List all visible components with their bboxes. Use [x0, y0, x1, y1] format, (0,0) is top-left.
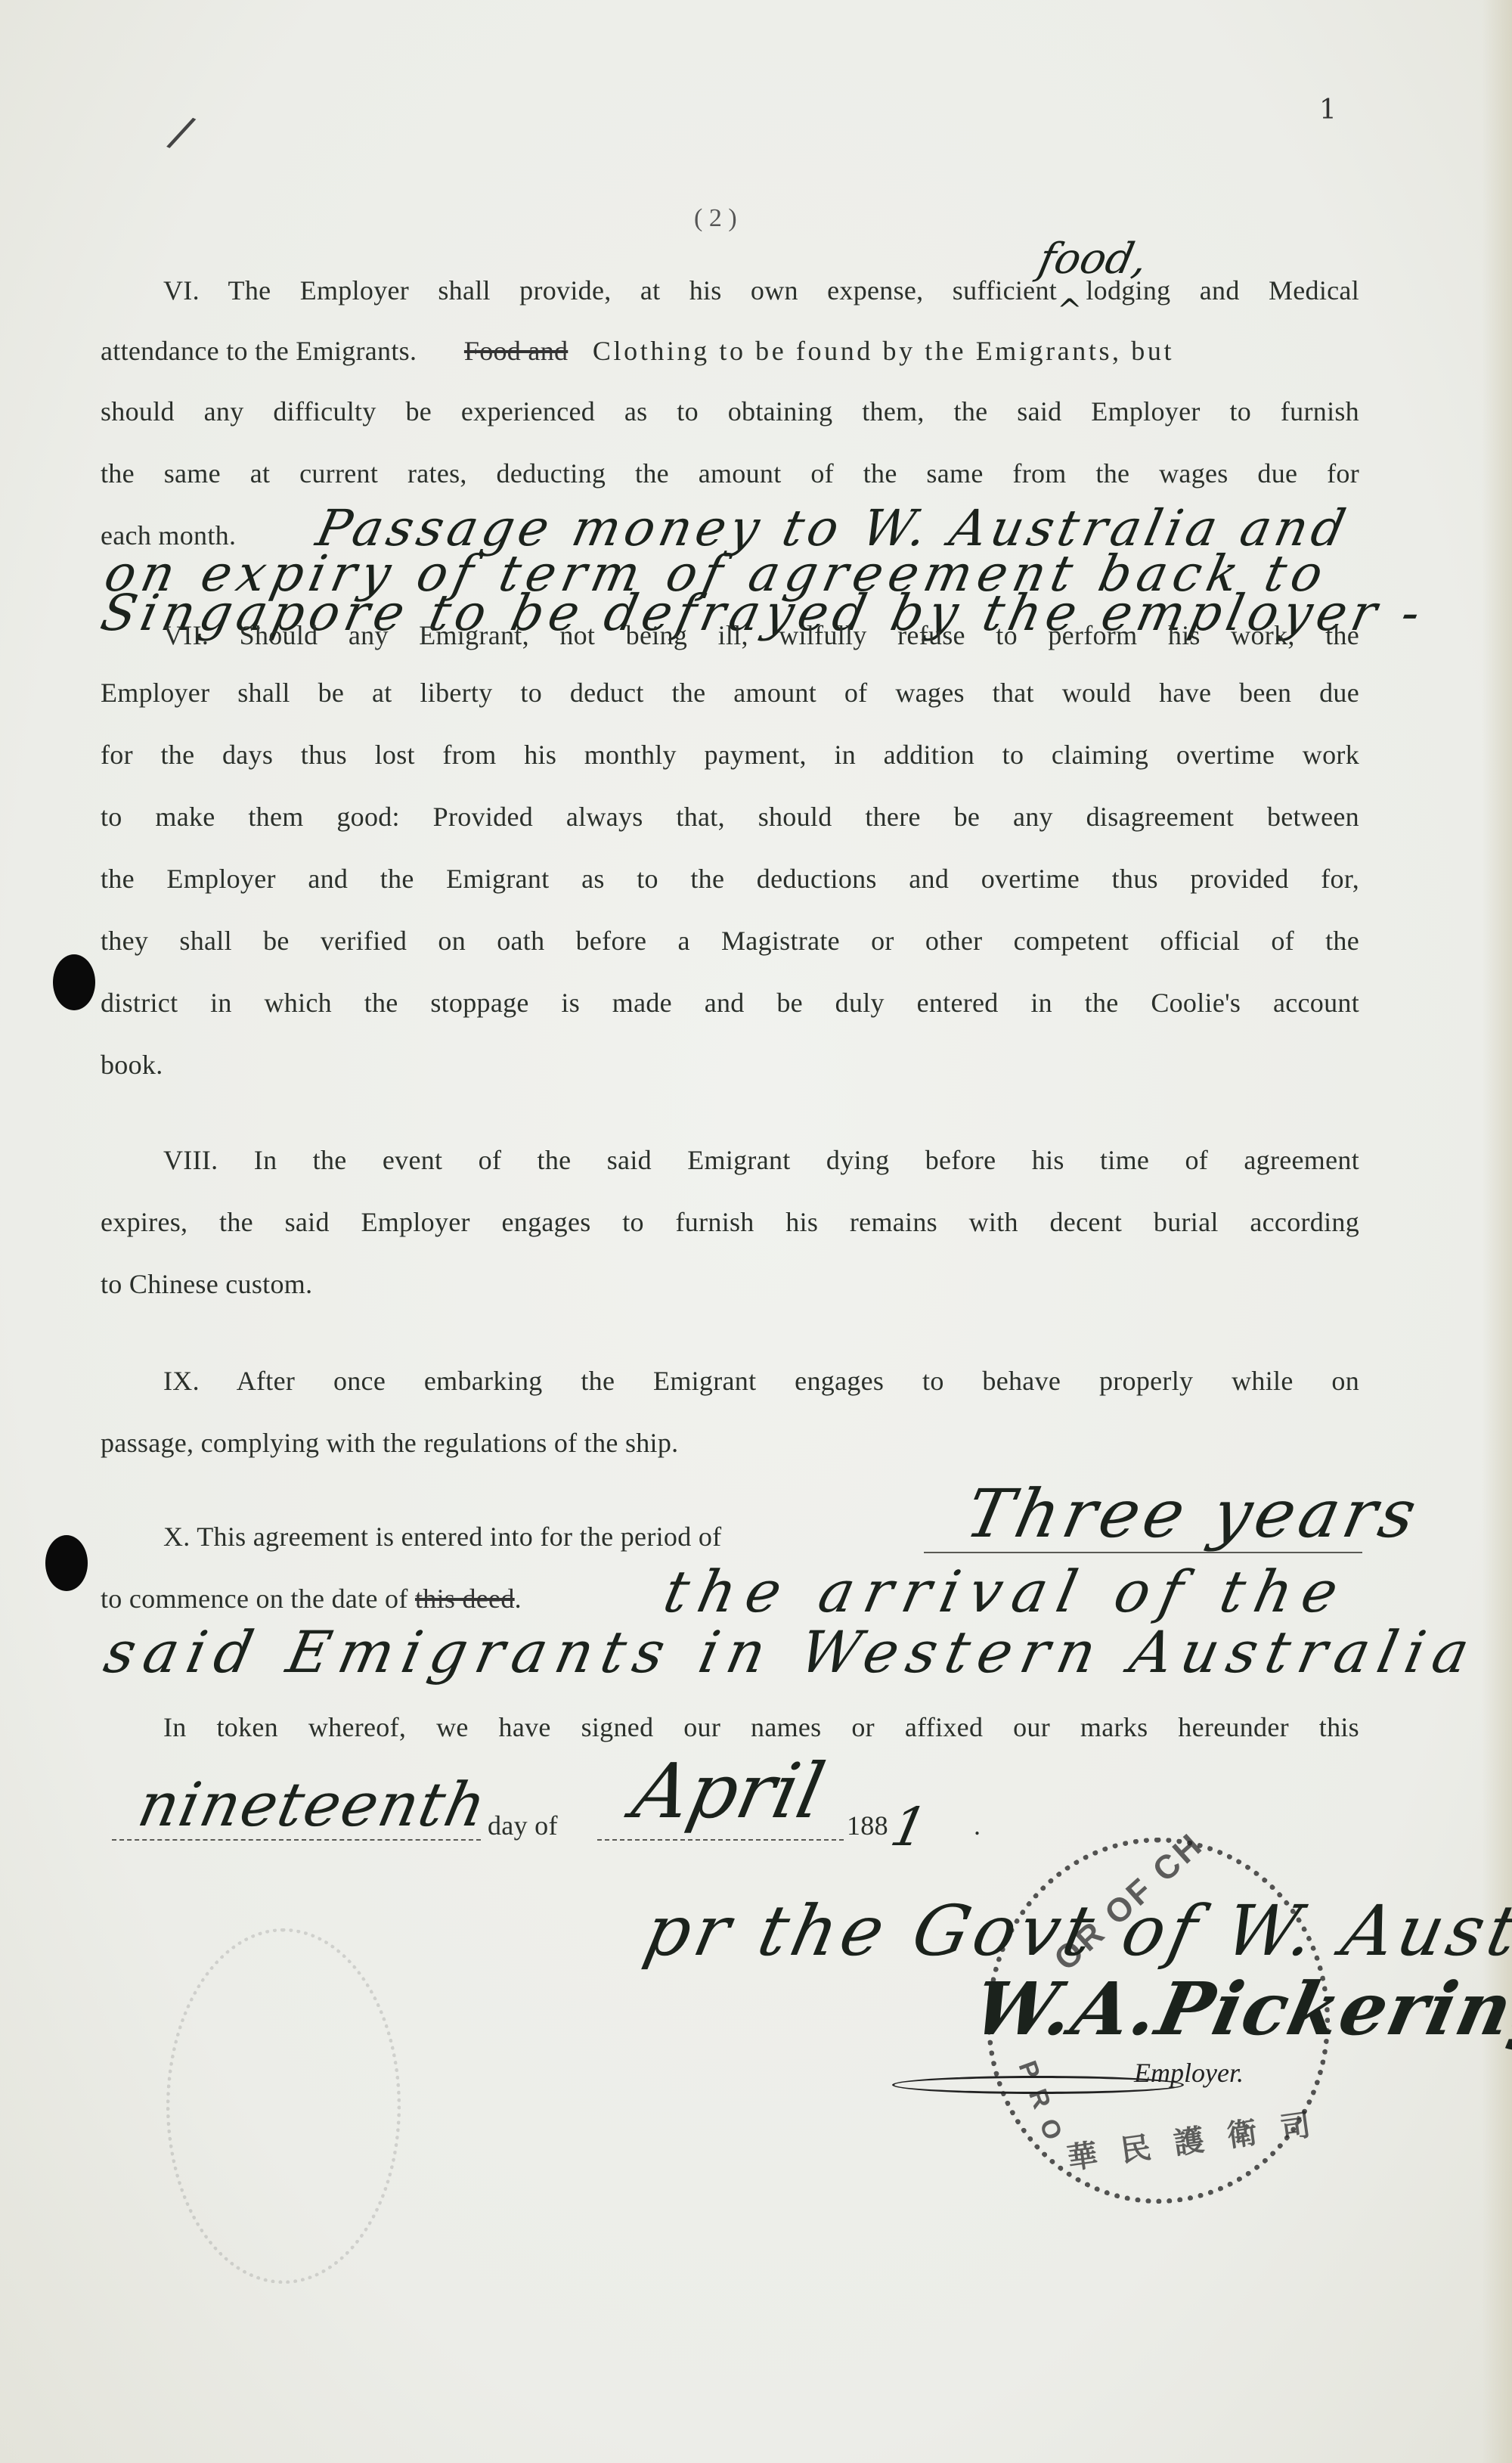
handwritten-period-three-years: Three years [959, 1475, 1427, 1553]
clause-x-line-2: to commence on the date of this deed. [101, 1582, 522, 1615]
month-blank-line [597, 1839, 844, 1841]
clause-vi-line-2-text: attendance to the Emigrants. [101, 336, 417, 366]
clause-vi-line-1: VI. The Employer shall provide, at his o… [163, 274, 1359, 307]
faint-stamp-left [166, 1928, 401, 2284]
clause-viii-line-1: VIII. In the event of the said Emigrant … [163, 1143, 1359, 1177]
insertion-caret: ^ [1057, 293, 1083, 328]
clause-viii-line-3: to Chinese custom. [101, 1267, 312, 1301]
clause-x-line-2-prefix: to commence on the date of [101, 1584, 408, 1614]
clause-x-line-1: X. This agreement is entered into for th… [163, 1520, 721, 1553]
clause-vii-line-1: VII. Should any Emigrant, not being ill,… [163, 619, 1359, 652]
struck-text-this-deed: this deed [415, 1584, 515, 1614]
struck-text-food-and: Food and [464, 336, 568, 366]
clause-vii-line-3: for the days thus lost from his monthly … [101, 738, 1359, 771]
clause-vii-line-4: to make them good: Provided always that,… [101, 800, 1359, 833]
clause-vi-line-2-continuation: Clothing to be found by the Emigrants, b… [593, 336, 1174, 366]
clause-vii-line-7: district in which the stoppage is made a… [101, 986, 1359, 1019]
punch-hole-lower [45, 1535, 88, 1591]
clause-x-line-2-period: . [515, 1584, 522, 1614]
date-period: . [974, 1809, 981, 1842]
clause-vi-line-2: attendance to the Emigrants. Food and Cl… [101, 334, 1174, 368]
clause-vii-line-5: the Employer and the Emigrant as to the … [101, 862, 1359, 895]
handwritten-day-nineteenth: nineteenth [132, 1770, 494, 1840]
clause-ix-line-1: IX. After once embarking the Emigrant en… [163, 1364, 1359, 1397]
handwritten-western-australia-line: said Emigrants in Western Australia [99, 1618, 1484, 1686]
page-number: ( 2 ) [694, 204, 737, 233]
year-printed: 188 [847, 1809, 888, 1842]
punch-hole-upper [53, 954, 95, 1010]
clause-vii-line-8: book. [101, 1048, 163, 1081]
handwritten-arrival-line: the arrival of the [658, 1558, 1355, 1625]
handwritten-month-april: April [626, 1747, 832, 1835]
clause-viii-line-2: expires, the said Employer engages to fu… [101, 1205, 1359, 1239]
clause-vii-line-6: they shall be verified on oath before a … [101, 924, 1359, 957]
attestation-line: In token whereof, we have signed our nam… [163, 1711, 1359, 1744]
signature-pickering: W.A.Pickering [966, 1966, 1512, 2052]
clause-vii-line-2: Employer shall be at liberty to deduct t… [101, 676, 1359, 709]
corner-mark: 1 [1319, 95, 1337, 126]
paper-edge-shadow [1482, 0, 1512, 2463]
employer-label: Employer. [1134, 2057, 1244, 2089]
signature-line-govt: pr the Govt of W. Australia [638, 1891, 1512, 1971]
clause-ix-line-2: passage, complying with the regulations … [101, 1426, 678, 1459]
clause-vi-line-3: should any difficulty be experienced as … [101, 395, 1359, 428]
day-of-label: day of [488, 1809, 558, 1842]
clause-vi-line-4: the same at current rates, deducting the… [101, 457, 1359, 490]
